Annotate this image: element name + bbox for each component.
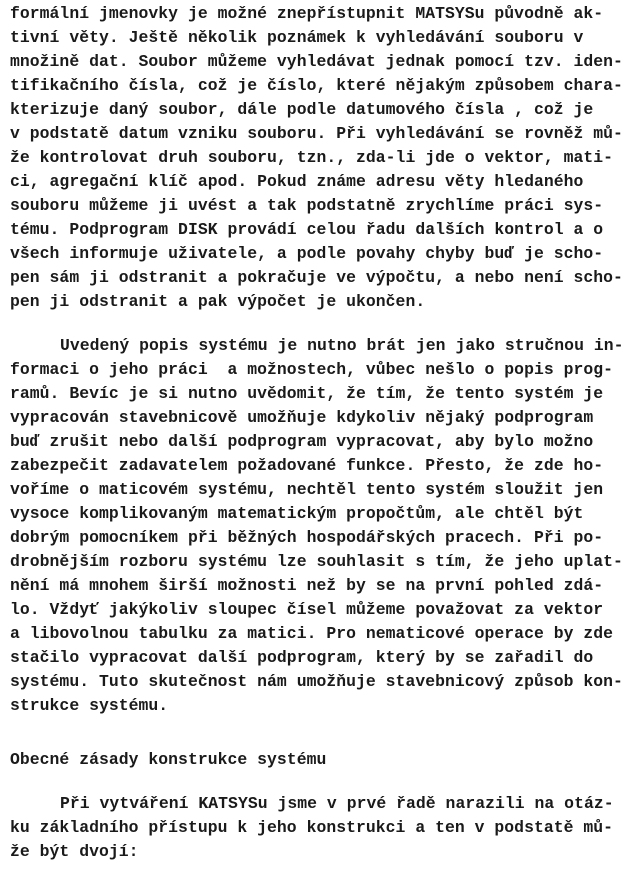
text-line: zabezpečit zadavatelem požadované funkce… [10, 456, 603, 476]
text-line: souboru můžeme ji uvést a tak podstatně … [10, 196, 603, 216]
text-line: tifikačního čísla, což je číslo, které n… [10, 76, 623, 96]
section-heading: Obecné zásady konstrukce systému [10, 750, 326, 770]
text-line: množině dat. Soubor můžeme vyhledávat je… [10, 52, 623, 72]
text-line: voříme o maticovém systému, nechtěl tent… [10, 480, 603, 500]
text-line: ku základního přístupu k jeho konstrukci… [10, 818, 613, 838]
text-line: Při vytváření KATSYSu jsme v prvé řadě n… [60, 794, 614, 814]
text-line: že kontrolovat druh souboru, tzn., zda-l… [10, 148, 613, 168]
text-line: ci, agregační klíč apod. Pokud známe adr… [10, 172, 583, 192]
text-line: drobnějším rozboru systému lze souhlasit… [10, 552, 623, 572]
text-line: formaci o jeho práci a možnostech, vůbec… [10, 360, 613, 380]
text-line: v podstatě datum vzniku souboru. Při vyh… [10, 124, 623, 144]
text-line: strukce systému. [10, 696, 168, 716]
text-line: tému. Podprogram DISK provádí celou řadu… [10, 220, 603, 240]
text-line: vypracován stavebnicově umožňuje kdykoli… [10, 408, 593, 428]
text-line: nění má mnohem širší možnosti než by se … [10, 576, 603, 596]
text-line: tivní věty. Ještě několik poznámek k vyh… [10, 28, 583, 48]
text-line: a libovolnou tabulku za matici. Pro nema… [10, 624, 613, 644]
text-line: pen sám ji odstranit a pokračuje ve výpo… [10, 268, 623, 288]
text-line: ramů. Bevíc je si nutno uvědomit, že tím… [10, 384, 603, 404]
text-line: vysoce komplikovaným matematickým propoč… [10, 504, 583, 524]
typewritten-page: formální jmenovky je možné znepřístupnit… [0, 0, 632, 871]
text-line: dobrým pomocníkem při běžných hospodářsk… [10, 528, 603, 548]
text-line: pen ji odstranit a pak výpočet je ukonče… [10, 292, 425, 312]
text-line: formální jmenovky je možné znepřístupnit… [10, 4, 603, 24]
text-line: kterizuje daný soubor, dále podle datumo… [10, 100, 593, 120]
text-line: lo. Vždyť jakýkoliv sloupec čísel můžeme… [10, 600, 603, 620]
text-line: systému. Tuto skutečnost nám umožňuje st… [10, 672, 623, 692]
text-line: buď zrušit nebo další podprogram vypraco… [10, 432, 593, 452]
text-line: všech informuje uživatele, a podle povah… [10, 244, 603, 264]
text-line: Uvedený popis systému je nutno brát jen … [60, 336, 624, 356]
text-line: stačilo vypracovat další podprogram, kte… [10, 648, 593, 668]
text-line: že být dvojí: [10, 842, 139, 862]
